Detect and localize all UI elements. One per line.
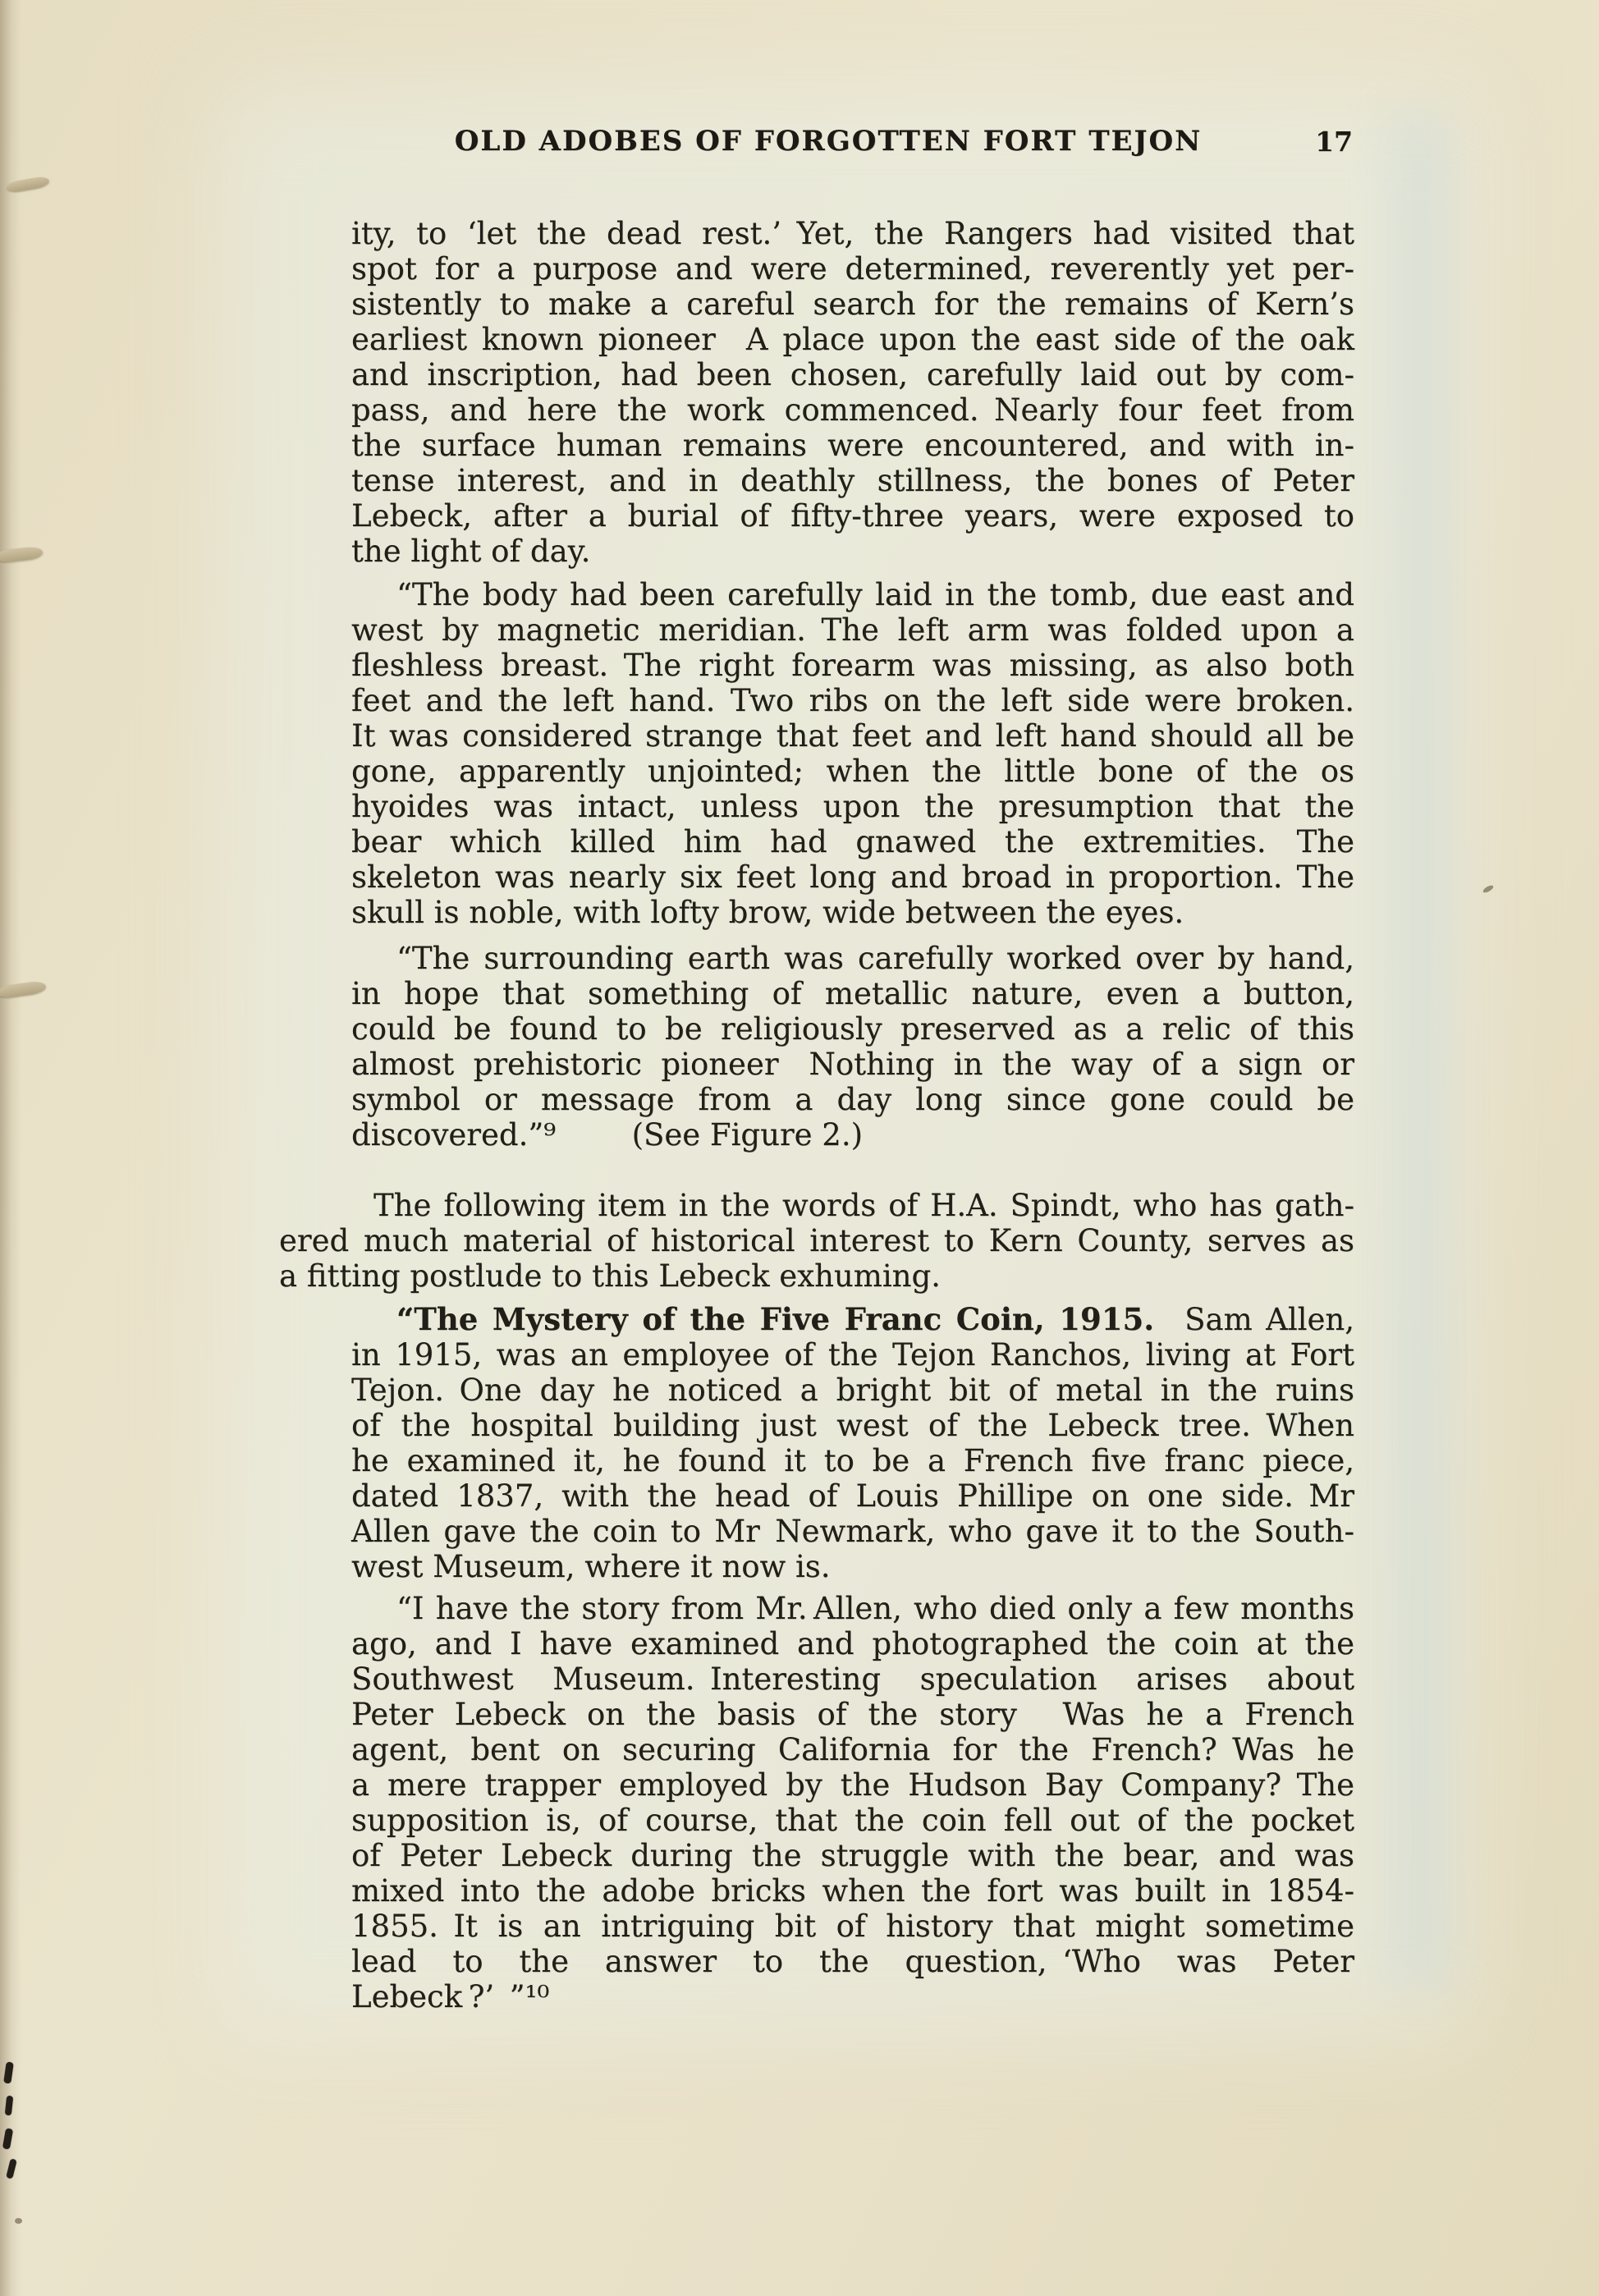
ink-dash-mark <box>6 2158 17 2179</box>
text-line: in hope that something of metallic natur… <box>351 976 1354 1011</box>
text-line: “The surrounding earth was carefully wor… <box>351 941 1354 976</box>
text-line: ago, and I have examined and photographe… <box>351 1626 1354 1661</box>
text-line: mixed into the adobe bricks when the for… <box>351 1873 1354 1909</box>
binding-stitch-mark <box>6 176 49 194</box>
text-line: dated 1837, with the head of Louis Phill… <box>351 1478 1354 1514</box>
text-line: fleshless breast. The right forearm was … <box>351 648 1354 683</box>
text-line: pass, and here the work commenced. Nearl… <box>351 392 1354 428</box>
text-line: hyoides was intact, unless upon the pres… <box>351 789 1354 824</box>
text-line: supposition is, of course, that the coin… <box>351 1803 1354 1838</box>
text-line: earliest known pioneer A place upon the … <box>351 322 1354 357</box>
text-line: ity, to ‘let the dead rest.’ Yet, the Ra… <box>351 216 1354 251</box>
paper-speck <box>15 2218 22 2224</box>
paragraph: “The body had been carefully laid in the… <box>351 577 1354 930</box>
paragraph: “The Mystery of the Five Franc Coin, 191… <box>351 1302 1354 1584</box>
paragraph: “The surrounding earth was carefully wor… <box>351 941 1354 1153</box>
text-line: agent, bent on securing California for t… <box>351 1732 1354 1767</box>
text-line: Allen gave the coin to Mr Newmark, who g… <box>351 1514 1354 1549</box>
text-line: “The Mystery of the Five Franc Coin, 191… <box>351 1302 1354 1337</box>
text-line: in 1915, was an employee of the Tejon Ra… <box>351 1337 1354 1373</box>
bold-run-in-heading: “The Mystery of the Five Franc Coin, 191… <box>396 1301 1154 1337</box>
paragraph: The following item in the words of H.A. … <box>279 1188 1354 1294</box>
page-number: 17 <box>1315 126 1353 158</box>
running-header: OLD ADOBES OF FORGOTTEN FORT TEJON 17 <box>351 125 1354 161</box>
text-line: a fitting postlude to this Lebeck exhumi… <box>279 1258 1354 1294</box>
text-line: and inscription, had been chosen, carefu… <box>351 357 1354 392</box>
text-line: Tejon. One day he noticed a bright bit o… <box>351 1373 1354 1408</box>
text-segment: Sam Allen, <box>1154 1302 1354 1337</box>
text-line: “I have the story from Mr. Allen, who di… <box>351 1591 1354 1626</box>
text-line: Lebeck, after a burial of fifty-three ye… <box>351 498 1354 534</box>
text-line: could be found to be religiously preserv… <box>351 1011 1354 1047</box>
text-line: It was considered strange that feet and … <box>351 718 1354 754</box>
text-line: lead to the answer to the question, ‘Who… <box>351 1944 1354 1979</box>
page-header-title: OLD ADOBES OF FORGOTTEN FORT TEJON <box>327 125 1330 158</box>
text-line: 1855. It is an intriguing bit of history… <box>351 1909 1354 1944</box>
text-line: skeleton was nearly six feet long and br… <box>351 859 1354 895</box>
text-line: the surface human remains were encounter… <box>351 428 1354 463</box>
text-line: tense interest, and in deathly stillness… <box>351 463 1354 498</box>
text-line: Peter Lebeck on the basis of the story W… <box>351 1697 1354 1732</box>
ink-dash-mark <box>3 2062 14 2084</box>
text-line: west Museum, where it now is. <box>351 1549 1354 1584</box>
text-line: bear which killed him had gnawed the ext… <box>351 824 1354 859</box>
text-line: feet and the left hand. Two ribs on the … <box>351 683 1354 718</box>
text-line: sistently to make a careful search for t… <box>351 286 1354 322</box>
ink-dash-mark <box>5 2096 13 2116</box>
text-line: Lebeck ?’ ”¹⁰ <box>351 1979 1354 2014</box>
text-line: “The body had been carefully laid in the… <box>351 577 1354 612</box>
text-line: ered much material of historical interes… <box>279 1223 1354 1258</box>
text-line: gone, apparently unjointed; when the lit… <box>351 754 1354 789</box>
text-line: almost prehistoric pioneer Nothing in th… <box>351 1047 1354 1082</box>
text-line: the light of day. <box>351 534 1354 569</box>
scanned-book-page: OLD ADOBES OF FORGOTTEN FORT TEJON 17 it… <box>0 0 1599 2296</box>
text-line: discovered.”⁹ (See Figure 2.) <box>351 1117 1354 1153</box>
body-text: ity, to ‘let the dead rest.’ Yet, the Ra… <box>0 216 1599 2014</box>
paragraph: “I have the story from Mr. Allen, who di… <box>351 1591 1354 2014</box>
text-line: The following item in the words of H.A. … <box>279 1188 1354 1223</box>
text-line: Southwest Museum. Interesting speculatio… <box>351 1661 1354 1697</box>
text-line: of Peter Lebeck during the struggle with… <box>351 1838 1354 1873</box>
paragraph: ity, to ‘let the dead rest.’ Yet, the Ra… <box>351 216 1354 569</box>
text-line: symbol or message from a day long since … <box>351 1082 1354 1117</box>
ink-dash-mark <box>2 2128 13 2149</box>
text-line: of the hospital building just west of th… <box>351 1408 1354 1443</box>
text-line: skull is noble, with lofty brow, wide be… <box>351 895 1354 930</box>
text-line: a mere trapper employed by the Hudson Ba… <box>351 1767 1354 1803</box>
text-line: he examined it, he found it to be a Fren… <box>351 1443 1354 1478</box>
text-line: spot for a purpose and were determined, … <box>351 251 1354 286</box>
text-line: west by magnetic meridian. The left arm … <box>351 612 1354 648</box>
